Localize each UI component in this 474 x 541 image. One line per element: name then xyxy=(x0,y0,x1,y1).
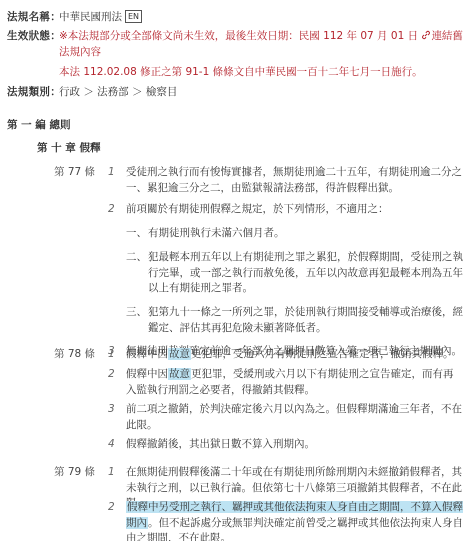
paragraph-number: 1 xyxy=(108,165,120,180)
paragraph-number: 3 xyxy=(108,402,120,417)
paragraph: 1 假釋中因故意更犯罪，受逾六月有期徒刑之宣告確定者，撤銷其假釋。 xyxy=(108,347,463,363)
text-segment: 。但不起訴處分或無罪判決確定前曾受之羈押或其他依法拘束人身自由之期間，不在此限。 xyxy=(126,517,463,541)
search-highlight: 故意 xyxy=(168,368,191,380)
list-item: 三、 犯第九十一條之一所列之罪，於徒刑執行期間接受輔導或治療後，經鑑定、評估其再… xyxy=(126,305,466,336)
paragraph-text: 假釋中因故意更犯罪，受逾六月有期徒刑之宣告確定者，撤銷其假釋。 xyxy=(126,347,463,363)
law-name-label: 法規名稱： xyxy=(7,9,59,25)
chapter-heading: 第 十 章 假釋 xyxy=(37,140,100,155)
paragraph-number: 1 xyxy=(108,465,120,480)
text-segment: 更犯罪，受逾六月有期徒刑之宣告確定者，撤銷其假釋。 xyxy=(191,348,454,360)
paragraph-number: 2 xyxy=(108,367,120,382)
amendment-note: 本法 112.02.08 修正之第 91-1 條條文自中華民國一百十二年七月一日… xyxy=(59,64,469,80)
law-name-row: 法規名稱： 中華民國刑法EN xyxy=(7,9,469,25)
item-number: 三、 xyxy=(126,305,147,321)
article-number[interactable]: 第 79 條 xyxy=(54,465,95,480)
status-label: 生效狀態： xyxy=(7,28,59,60)
item-number: 二、 xyxy=(126,250,147,266)
article-number[interactable]: 第 78 條 xyxy=(54,347,95,362)
text-segment: 假釋中因 xyxy=(126,348,168,360)
paragraph-number: 4 xyxy=(108,437,120,452)
item-number: 一、 xyxy=(126,226,147,242)
status-row: 生效狀態： ※本法規部分或全部條文尚未生效，最後生效日期：民國 112 年 07… xyxy=(7,28,469,60)
item-text: 有期徒刑執行未滿六個月者。 xyxy=(148,226,466,242)
paragraph-text: 假釋中因故意更犯罪，受緩刑或六月以下有期徒刑之宣告確定，而有再入監執行刑罰之必要… xyxy=(126,367,463,398)
law-metadata: 法規名稱： 中華民國刑法EN 生效狀態： ※本法規部分或全部條文尚未生效，最後生… xyxy=(7,9,469,100)
paragraph-text: 前項關於有期徒刑假釋之規定，於下列情形，不適用之： xyxy=(126,202,463,218)
article-number[interactable]: 第 77 條 xyxy=(54,165,95,180)
paragraph-text: 假釋中另受刑之執行、羈押或其他依法拘束人身自由之期間，不算入假釋期內。但不起訴處… xyxy=(126,500,463,541)
paragraph: 2 前項關於有期徒刑假釋之規定，於下列情形，不適用之： xyxy=(108,202,463,218)
paragraph-text: 受徒刑之執行而有悛悔實據者，無期徒刑逾二十五年，有期徒刑逾二分之一、累犯逾三分之… xyxy=(126,165,463,196)
list-item: 一、 有期徒刑執行未滿六個月者。 xyxy=(126,226,466,242)
paragraph: 2 假釋中另受刑之執行、羈押或其他依法拘束人身自由之期間，不算入假釋期內。但不起… xyxy=(108,500,463,541)
item-text: 犯第九十一條之一所列之罪，於徒刑執行期間接受輔導或治療後，經鑑定、評估其再犯危險… xyxy=(148,305,466,336)
law-name-value: 中華民國刑法 xyxy=(59,11,122,23)
text-segment: 假釋中因 xyxy=(126,368,168,380)
list-item: 二、 犯最輕本刑五年以上有期徒刑之罪之累犯，於假釋期間，受徒刑之執行完畢，或一部… xyxy=(126,250,466,297)
paragraph-text: 前二項之撤銷，於判決確定後六月以內為之。但假釋期滿逾三年者，不在此限。 xyxy=(126,402,463,433)
paragraph-number: 2 xyxy=(108,202,120,217)
english-version-button[interactable]: EN xyxy=(125,10,142,23)
paragraph-number: 1 xyxy=(108,347,120,362)
part-heading: 第 一 編 總則 xyxy=(7,117,70,132)
item-text: 犯最輕本刑五年以上有期徒刑之罪之累犯，於假釋期間，受徒刑之執行完畢，或一部之執行… xyxy=(148,250,466,297)
paragraph: 1 受徒刑之執行而有悛悔實據者，無期徒刑逾二十五年，有期徒刑逾二分之一、累犯逾三… xyxy=(108,165,463,196)
search-highlight: 故意 xyxy=(168,348,191,360)
paragraph: 2 假釋中因故意更犯罪，受緩刑或六月以下有期徒刑之宣告確定，而有再入監執行刑罰之… xyxy=(108,367,463,398)
category-breadcrumb: 行政 ＞ 法務部 ＞ 檢察目 xyxy=(59,84,469,100)
paragraph-text: 假釋撤銷後，其出獄日數不算入刑期內。 xyxy=(126,437,463,453)
category-label: 法規類別： xyxy=(7,84,59,100)
paragraph: 4 假釋撤銷後，其出獄日數不算入刑期內。 xyxy=(108,437,463,453)
category-row: 法規類別： 行政 ＞ 法務部 ＞ 檢察目 xyxy=(7,84,469,100)
paragraph-number: 2 xyxy=(108,500,120,515)
status-value: ※本法規部分或全部條文尚未生效，最後生效日期：民國 112 年 07 月 01 … xyxy=(59,30,418,42)
link-icon xyxy=(421,30,431,40)
paragraph: 3 前二項之撤銷，於判決確定後六月以內為之。但假釋期滿逾三年者，不在此限。 xyxy=(108,402,463,433)
